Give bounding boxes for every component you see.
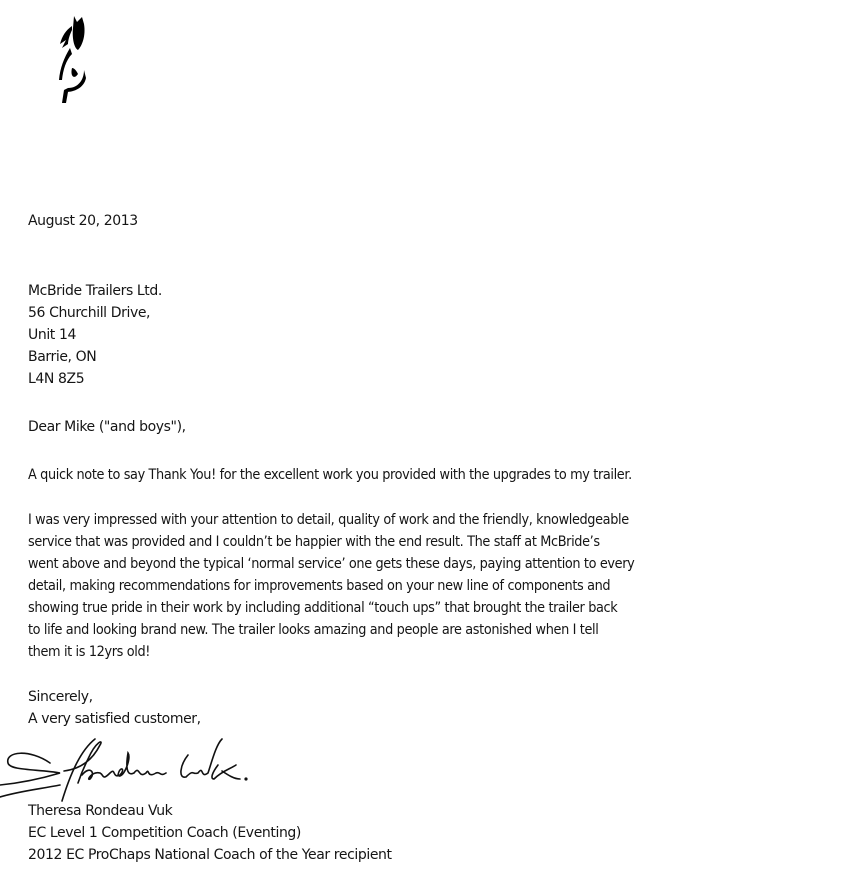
salutation-text: Dear Mike ("and boys"), (28, 416, 186, 438)
signer-award: 2012 EC ProChaps National Coach of the Y… (28, 844, 392, 866)
paragraph-line: showing true pride in their work by incl… (28, 597, 634, 619)
handwritten-signature-icon (0, 735, 290, 805)
signer-block: Theresa Rondeau Vuk EC Level 1 Competiti… (28, 800, 392, 866)
date-text: August 20, 2013 (28, 210, 138, 232)
paragraph-text: A quick note to say Thank You! for the e… (28, 464, 632, 486)
salutation: Dear Mike ("and boys"), (28, 416, 186, 438)
body-paragraph-1: A quick note to say Thank You! for the e… (28, 464, 632, 486)
address-line: 56 Churchill Drive, (28, 302, 162, 324)
address-line: McBride Trailers Ltd. (28, 280, 162, 302)
paragraph-line: them it is 12yrs old! (28, 641, 634, 663)
closing: Sincerely, A very satisfied customer, (28, 686, 201, 730)
paragraph-line: detail, making recommendations for impro… (28, 575, 634, 597)
closing-line: A very satisfied customer, (28, 708, 201, 730)
body-paragraph-2: I was very impressed with your attention… (28, 509, 634, 663)
address-line: L4N 8Z5 (28, 368, 162, 390)
signer-name: Theresa Rondeau Vuk (28, 800, 392, 822)
closing-line: Sincerely, (28, 686, 201, 708)
address-line: Unit 14 (28, 324, 162, 346)
horse-logo-icon (44, 8, 94, 103)
address-line: Barrie, ON (28, 346, 162, 368)
paragraph-line: to life and looking brand new. The trail… (28, 619, 634, 641)
recipient-address: McBride Trailers Ltd. 56 Churchill Drive… (28, 280, 162, 390)
signer-title: EC Level 1 Competition Coach (Eventing) (28, 822, 392, 844)
paragraph-line: went above and beyond the typical ‘norma… (28, 553, 634, 575)
paragraph-line: service that was provided and I couldn’t… (28, 531, 634, 553)
letter-date: August 20, 2013 (28, 210, 138, 232)
paragraph-line: I was very impressed with your attention… (28, 509, 634, 531)
